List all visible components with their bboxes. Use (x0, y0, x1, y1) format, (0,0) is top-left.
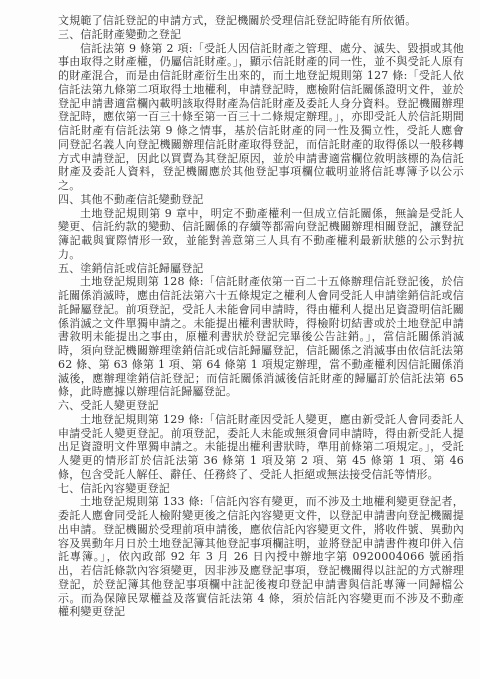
section-heading: 五、塗銷信託或信託歸屬登記 (58, 262, 464, 276)
section-heading: 四、其他不動產信託變動登記 (58, 193, 464, 207)
section-heading: 七、信託內容變更登記 (58, 482, 464, 496)
paragraph: 土地登記規則第 9 章中，明定不動產權利一但成立信託關係，無論是受託人變更、信託… (58, 207, 464, 262)
paragraph: 信託法第 9 條第 2 項:「受託人因信託財產之管理、處分、滅失、毀損或其他事由… (58, 42, 464, 193)
document-page: 文規範了信託登記的申請方式，登記機關於受理信託登記時能有所依循。三、信託財產變動… (0, 0, 480, 679)
paragraph: 土地登記規則第 133 條:「信託內容有變更，而不涉及土地權利變更登記者，委託人… (58, 495, 464, 619)
section-heading: 三、信託財產變動之登記 (58, 28, 464, 42)
section-heading: 六、受託人變更登記 (58, 399, 464, 413)
paragraph: 土地登記規則第 129 條:「信託財產因受託人變更，應由新受託人會同委託人申請受… (58, 413, 464, 482)
paragraph: 土地登記規則第 128 條:「信託財產依第一百二十五條辦理信託登記後，於信託關係… (58, 275, 464, 399)
paragraph: 文規範了信託登記的申請方式，登記機關於受理信託登記時能有所依循。 (58, 14, 464, 28)
